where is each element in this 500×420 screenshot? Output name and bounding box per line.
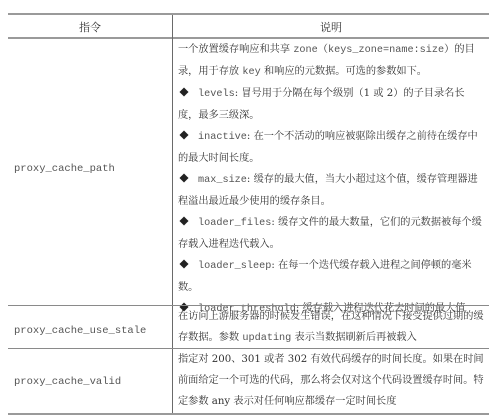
command-proxy-cache-use-stale: proxy_cache_use_stale — [14, 325, 164, 337]
command-proxy-cache-valid: proxy_cache_valid — [14, 376, 164, 388]
diamond-bullet-icon — [179, 87, 188, 96]
diamond-bullet-icon — [179, 216, 188, 225]
column-divider — [172, 15, 173, 413]
description-proxy-cache-valid: 指定对 200、301 或者 302 有效代码缓存的时间长度。如果在时间前面给定… — [178, 349, 484, 412]
diamond-bullet-icon — [179, 173, 188, 182]
param-loader-sleep: loader_sleep: 在每一个迭代缓存载入进程之间停顿的毫米数。 — [178, 255, 484, 298]
param-max-size: max_size: 缓存的最大值，当大小超过这个值，缓存管理器进程溢出最近最少使… — [178, 169, 484, 212]
intro-text: 一个放置缓存响应和共享 zone（keys_zone=name:size）的目录… — [178, 39, 484, 83]
diamond-bullet-icon — [179, 259, 188, 268]
diamond-bullet-icon — [179, 130, 188, 139]
description-proxy-cache-use-stale: 在访问上游服务器的时候发生错误，在这种情况下接受提供过期的缓存数据。参数 upd… — [178, 306, 484, 349]
param-inactive: inactive: 在一个不活动的响应被驱除出缓存之前待在缓存中的最大时间长度。 — [178, 126, 484, 169]
table-top-rule — [8, 13, 489, 15]
description-proxy-cache-path: 一个放置缓存响应和共享 zone（keys_zone=name:size）的目录… — [178, 39, 484, 320]
command-proxy-cache-path: proxy_cache_path — [14, 163, 164, 175]
header-description: 说明 — [173, 19, 489, 35]
header-command: 指令 — [8, 19, 172, 35]
param-loader-files: loader_files: 缓存文件的最大数量，它们的元数据被每个缓存载入进程迭… — [178, 212, 484, 255]
table-bottom-rule — [8, 413, 489, 415]
param-levels: levels: 冒号用于分隔在每个级别（1 或 2）的子目录名长度，最多三级深。 — [178, 83, 484, 126]
